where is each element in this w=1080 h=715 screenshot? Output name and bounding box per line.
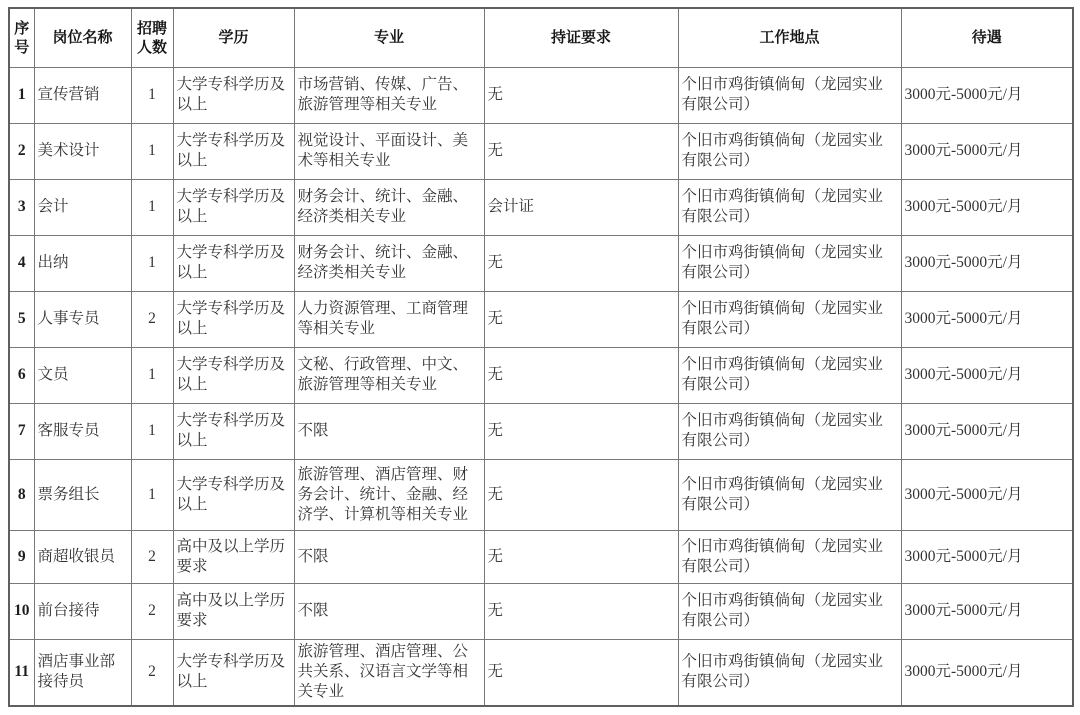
- table-row: 8票务组长1大学专科学历及以上旅游管理、酒店管理、财务会计、统计、金融、经济学、…: [9, 459, 1073, 530]
- row-number: 11: [9, 639, 34, 706]
- row-number: 10: [9, 583, 34, 639]
- page: 序号 岗位名称 招聘人数 学历 专业 持证要求 工作地点 待遇 1宣传营销1大学…: [0, 0, 1080, 715]
- row-number: 8: [9, 459, 34, 530]
- table-row: 4出纳1大学专科学历及以上财务会计、统计、金融、经济类相关专业无个旧市鸡街镇倘甸…: [9, 235, 1073, 291]
- recruit-count: 1: [131, 235, 173, 291]
- col-header-position-name: 岗位名称: [34, 8, 131, 67]
- table-row: 11酒店事业部接待员2大学专科学历及以上旅游管理、酒店管理、公共关系、汉语言文学…: [9, 639, 1073, 706]
- table-row: 6文员1大学专科学历及以上文秘、行政管理、中文、旅游管理等相关专业无个旧市鸡街镇…: [9, 347, 1073, 403]
- major-requirement: 人力资源管理、工商管理等相关专业: [294, 291, 484, 347]
- row-number: 9: [9, 530, 34, 583]
- table-body: 1宣传营销1大学专科学历及以上市场营销、传媒、广告、旅游管理等相关专业无个旧市鸡…: [9, 67, 1073, 706]
- work-location: 个旧市鸡街镇倘甸（龙园实业有限公司）: [678, 235, 901, 291]
- col-header-work-location: 工作地点: [678, 8, 901, 67]
- major-requirement: 视觉设计、平面设计、美术等相关专业: [294, 123, 484, 179]
- work-location: 个旧市鸡街镇倘甸（龙园实业有限公司）: [678, 123, 901, 179]
- education-requirement: 大学专科学历及以上: [173, 235, 294, 291]
- position-name: 票务组长: [34, 459, 131, 530]
- recruit-count: 1: [131, 403, 173, 459]
- salary-value: 3000元-5000元/月: [901, 179, 1073, 235]
- salary-value: 3000元-5000元/月: [901, 403, 1073, 459]
- certificate-requirement: 无: [484, 347, 678, 403]
- certificate-requirement: 无: [484, 403, 678, 459]
- work-location: 个旧市鸡街镇倘甸（龙园实业有限公司）: [678, 639, 901, 706]
- major-requirement: 财务会计、统计、金融、经济类相关专业: [294, 179, 484, 235]
- recruitment-table: 序号 岗位名称 招聘人数 学历 专业 持证要求 工作地点 待遇 1宣传营销1大学…: [8, 7, 1074, 707]
- salary-value: 3000元-5000元/月: [901, 583, 1073, 639]
- col-header-major: 专业: [294, 8, 484, 67]
- row-number: 5: [9, 291, 34, 347]
- recruit-count: 1: [131, 347, 173, 403]
- education-requirement: 高中及以上学历要求: [173, 530, 294, 583]
- work-location: 个旧市鸡街镇倘甸（龙园实业有限公司）: [678, 67, 901, 123]
- certificate-requirement: 无: [484, 459, 678, 530]
- recruit-count: 1: [131, 459, 173, 530]
- salary-value: 3000元-5000元/月: [901, 123, 1073, 179]
- major-requirement: 不限: [294, 583, 484, 639]
- recruit-count: 1: [131, 67, 173, 123]
- salary-value: 3000元-5000元/月: [901, 459, 1073, 530]
- position-name: 宣传营销: [34, 67, 131, 123]
- work-location: 个旧市鸡街镇倘甸（龙园实业有限公司）: [678, 459, 901, 530]
- position-name: 客服专员: [34, 403, 131, 459]
- certificate-requirement: 无: [484, 67, 678, 123]
- salary-value: 3000元-5000元/月: [901, 291, 1073, 347]
- recruit-count: 2: [131, 583, 173, 639]
- table-row: 2美术设计1大学专科学历及以上视觉设计、平面设计、美术等相关专业无个旧市鸡街镇倘…: [9, 123, 1073, 179]
- work-location: 个旧市鸡街镇倘甸（龙园实业有限公司）: [678, 179, 901, 235]
- major-requirement: 市场营销、传媒、广告、旅游管理等相关专业: [294, 67, 484, 123]
- table-row: 3会计1大学专科学历及以上财务会计、统计、金融、经济类相关专业会计证个旧市鸡街镇…: [9, 179, 1073, 235]
- recruit-count: 1: [131, 123, 173, 179]
- table-row: 10前台接待2高中及以上学历要求不限无个旧市鸡街镇倘甸（龙园实业有限公司）300…: [9, 583, 1073, 639]
- salary-value: 3000元-5000元/月: [901, 235, 1073, 291]
- education-requirement: 大学专科学历及以上: [173, 179, 294, 235]
- work-location: 个旧市鸡街镇倘甸（龙园实业有限公司）: [678, 403, 901, 459]
- work-location: 个旧市鸡街镇倘甸（龙园实业有限公司）: [678, 291, 901, 347]
- education-requirement: 大学专科学历及以上: [173, 403, 294, 459]
- salary-value: 3000元-5000元/月: [901, 67, 1073, 123]
- recruit-count: 2: [131, 639, 173, 706]
- col-header-certificate: 持证要求: [484, 8, 678, 67]
- education-requirement: 高中及以上学历要求: [173, 583, 294, 639]
- education-requirement: 大学专科学历及以上: [173, 459, 294, 530]
- table-row: 5人事专员2大学专科学历及以上人力资源管理、工商管理等相关专业无个旧市鸡街镇倘甸…: [9, 291, 1073, 347]
- row-number: 6: [9, 347, 34, 403]
- col-header-recruit-count: 招聘人数: [131, 8, 173, 67]
- position-name: 人事专员: [34, 291, 131, 347]
- certificate-requirement: 无: [484, 235, 678, 291]
- position-name: 会计: [34, 179, 131, 235]
- row-number: 2: [9, 123, 34, 179]
- major-requirement: 财务会计、统计、金融、经济类相关专业: [294, 235, 484, 291]
- position-name: 美术设计: [34, 123, 131, 179]
- position-name: 酒店事业部接待员: [34, 639, 131, 706]
- major-requirement: 旅游管理、酒店管理、公共关系、汉语言文学等相关专业: [294, 639, 484, 706]
- work-location: 个旧市鸡街镇倘甸（龙园实业有限公司）: [678, 530, 901, 583]
- col-header-salary: 待遇: [901, 8, 1073, 67]
- work-location: 个旧市鸡街镇倘甸（龙园实业有限公司）: [678, 583, 901, 639]
- table-row: 7客服专员1大学专科学历及以上不限无个旧市鸡街镇倘甸（龙园实业有限公司）3000…: [9, 403, 1073, 459]
- education-requirement: 大学专科学历及以上: [173, 347, 294, 403]
- certificate-requirement: 无: [484, 123, 678, 179]
- education-requirement: 大学专科学历及以上: [173, 123, 294, 179]
- major-requirement: 不限: [294, 403, 484, 459]
- certificate-requirement: 无: [484, 639, 678, 706]
- recruit-count: 2: [131, 291, 173, 347]
- table-row: 1宣传营销1大学专科学历及以上市场营销、传媒、广告、旅游管理等相关专业无个旧市鸡…: [9, 67, 1073, 123]
- major-requirement: 文秘、行政管理、中文、旅游管理等相关专业: [294, 347, 484, 403]
- recruit-count: 2: [131, 530, 173, 583]
- table-row: 9商超收银员2高中及以上学历要求不限无个旧市鸡街镇倘甸（龙园实业有限公司）300…: [9, 530, 1073, 583]
- major-requirement: 不限: [294, 530, 484, 583]
- salary-value: 3000元-5000元/月: [901, 347, 1073, 403]
- certificate-requirement: 会计证: [484, 179, 678, 235]
- recruit-count: 1: [131, 179, 173, 235]
- education-requirement: 大学专科学历及以上: [173, 639, 294, 706]
- certificate-requirement: 无: [484, 583, 678, 639]
- work-location: 个旧市鸡街镇倘甸（龙园实业有限公司）: [678, 347, 901, 403]
- education-requirement: 大学专科学历及以上: [173, 291, 294, 347]
- row-number: 3: [9, 179, 34, 235]
- salary-value: 3000元-5000元/月: [901, 639, 1073, 706]
- row-number: 4: [9, 235, 34, 291]
- col-header-education: 学历: [173, 8, 294, 67]
- major-requirement: 旅游管理、酒店管理、财务会计、统计、金融、经济学、计算机等相关专业: [294, 459, 484, 530]
- col-header-serial-number: 序号: [9, 8, 34, 67]
- position-name: 出纳: [34, 235, 131, 291]
- row-number: 1: [9, 67, 34, 123]
- row-number: 7: [9, 403, 34, 459]
- position-name: 前台接待: [34, 583, 131, 639]
- certificate-requirement: 无: [484, 530, 678, 583]
- position-name: 文员: [34, 347, 131, 403]
- header-row: 序号 岗位名称 招聘人数 学历 专业 持证要求 工作地点 待遇: [9, 8, 1073, 67]
- education-requirement: 大学专科学历及以上: [173, 67, 294, 123]
- salary-value: 3000元-5000元/月: [901, 530, 1073, 583]
- position-name: 商超收银员: [34, 530, 131, 583]
- certificate-requirement: 无: [484, 291, 678, 347]
